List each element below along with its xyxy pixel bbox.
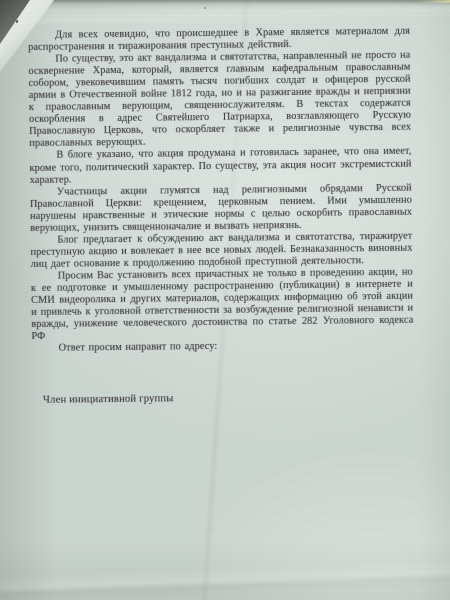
paragraph-3: В блоге указано, что акция продумана и г… bbox=[29, 146, 411, 186]
paragraph-6: Просим Вас установить всех причастных не… bbox=[31, 267, 414, 344]
photographed-document: Для всех очевидно, что происшедшее в Хра… bbox=[0, 0, 450, 600]
paragraph-2: По существу, это акт вандализма и святот… bbox=[28, 50, 411, 151]
dust-speck bbox=[204, 7, 206, 9]
paragraph-4: Участницы акции глумятся над религиозным… bbox=[30, 182, 413, 235]
top-right-edge-sliver bbox=[418, 0, 450, 3]
signature-line: Член инициативной группы bbox=[43, 393, 174, 405]
letter-body: Для всех очевидно, что происшедшее в Хра… bbox=[28, 26, 414, 356]
paper-top-edge-shadow bbox=[0, 0, 450, 4]
paragraph-5: Блог предлагает к обсуждению акт вандали… bbox=[30, 230, 412, 270]
